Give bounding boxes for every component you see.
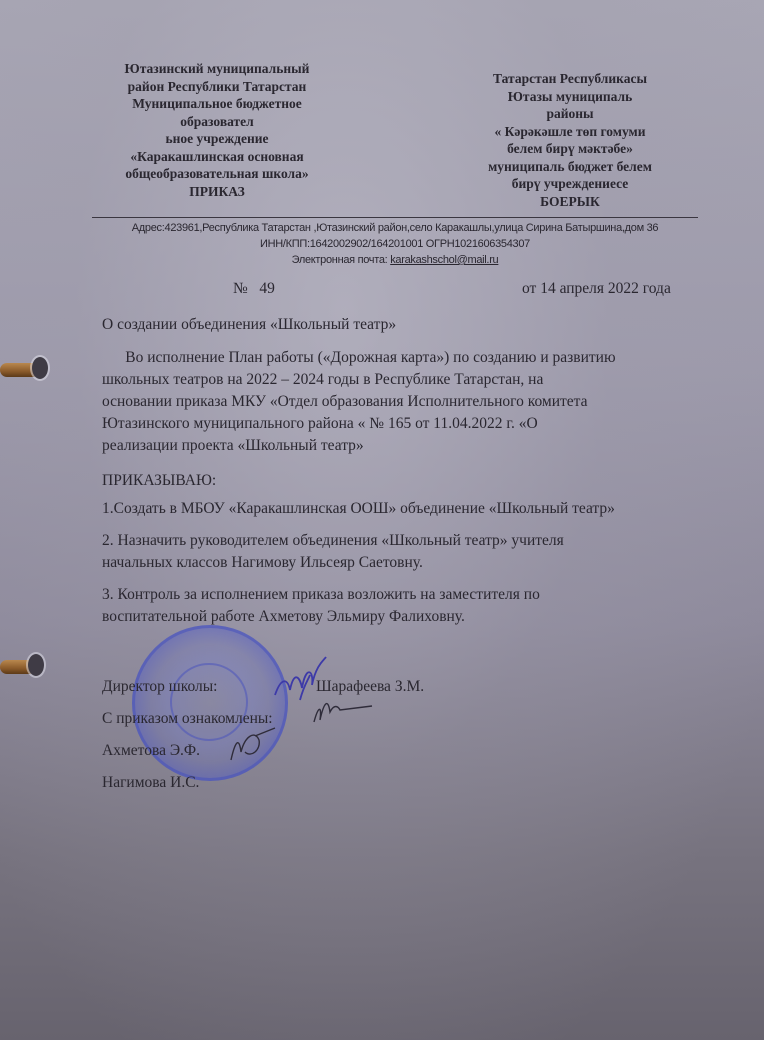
order-item-3: 3. Контроль за исполнением приказа возло… [102, 584, 540, 606]
header-left-line: «Каракашлинская основная [92, 148, 342, 166]
preamble-line: школьных театров на 2022 – 2024 годы в Р… [102, 369, 543, 391]
order-date: от 14 апреля 2022 года [522, 280, 671, 298]
address-block: Адрес:423961,Республика Татарстан ,Ютази… [92, 220, 698, 268]
tax-ids-line: ИНН/КПП:1642002902/164201001 ОГРН1021606… [92, 236, 698, 252]
header-right-line: Татарстан Республикасы [450, 70, 690, 88]
header-right-line: муниципаль бюджет белем [450, 158, 690, 176]
preamble-line: основании приказа МКУ «Отдел образования… [102, 391, 588, 413]
email-label: Электронная почта: [292, 254, 391, 266]
order-number: № 49 [233, 280, 275, 298]
directive-heading: ПРИКАЗЫВАЮ: [102, 470, 216, 492]
order-item-3-cont: воспитательной работе Ахметову Эльмиру Ф… [102, 606, 465, 628]
header-left-line: Ютазинский муниципальный [92, 60, 342, 78]
preamble-line: реализации проекта «Школьный театр» [102, 435, 364, 457]
header-right-line: бирү учреждениесе [450, 175, 690, 193]
email-line: Электронная почта: karakashschol@mail.ru [92, 252, 698, 268]
punch-hole-bottom [28, 654, 44, 676]
header-left-line: образовател [92, 113, 342, 131]
header-right-line: Ютазы муниципаль [450, 88, 690, 106]
address-line: Адрес:423961,Республика Татарстан ,Ютази… [92, 220, 698, 236]
preamble-line: Во исполнение План работы («Дорожная кар… [102, 347, 616, 369]
order-title: О создании объединения «Школьный театр» [102, 314, 396, 336]
acquainted-name: Нагимова И.С. [102, 772, 199, 794]
acquainted-name: Ахметова Э.Ф. [102, 740, 200, 762]
signature-icon [310, 692, 380, 732]
header-left-line: район Республики Татарстан [92, 78, 342, 96]
header-right-tatar: Татарстан Республикасы Ютазы муниципаль … [450, 70, 690, 210]
document-page: Ютазинский муниципальный район Республик… [0, 0, 764, 1040]
header-left-doc-type: ПРИКАЗ [92, 183, 342, 201]
header-right-doc-type: БОЕРЫК [450, 193, 690, 211]
header-right-line: белем бирү мәктәбе» [450, 140, 690, 158]
header-left-line: общеобразовательная школа» [92, 165, 342, 183]
header-left-line: Муниципальное бюджетное [92, 95, 342, 113]
order-item-2-cont: начальных классов Нагимову Ильсеяр Саето… [102, 552, 423, 574]
email-link[interactable]: karakashschol@mail.ru [390, 254, 498, 266]
order-item-1: 1.Создать в МБОУ «Каракашлинская ООШ» об… [102, 498, 615, 520]
director-label: Директор школы: [102, 676, 217, 698]
preamble-line: Ютазинского муниципального района « № 16… [102, 413, 538, 435]
header-divider [92, 217, 698, 218]
header-left-line: ьное учреждение [92, 130, 342, 148]
signature-icon [225, 722, 280, 767]
header-right-line: « Кәрәкәшле төп гомуми [450, 123, 690, 141]
punch-hole-top [32, 357, 48, 379]
order-item-2: 2. Назначить руководителем объединения «… [102, 530, 564, 552]
header-left-russian: Ютазинский муниципальный район Республик… [92, 60, 342, 200]
header-right-line: районы [450, 105, 690, 123]
